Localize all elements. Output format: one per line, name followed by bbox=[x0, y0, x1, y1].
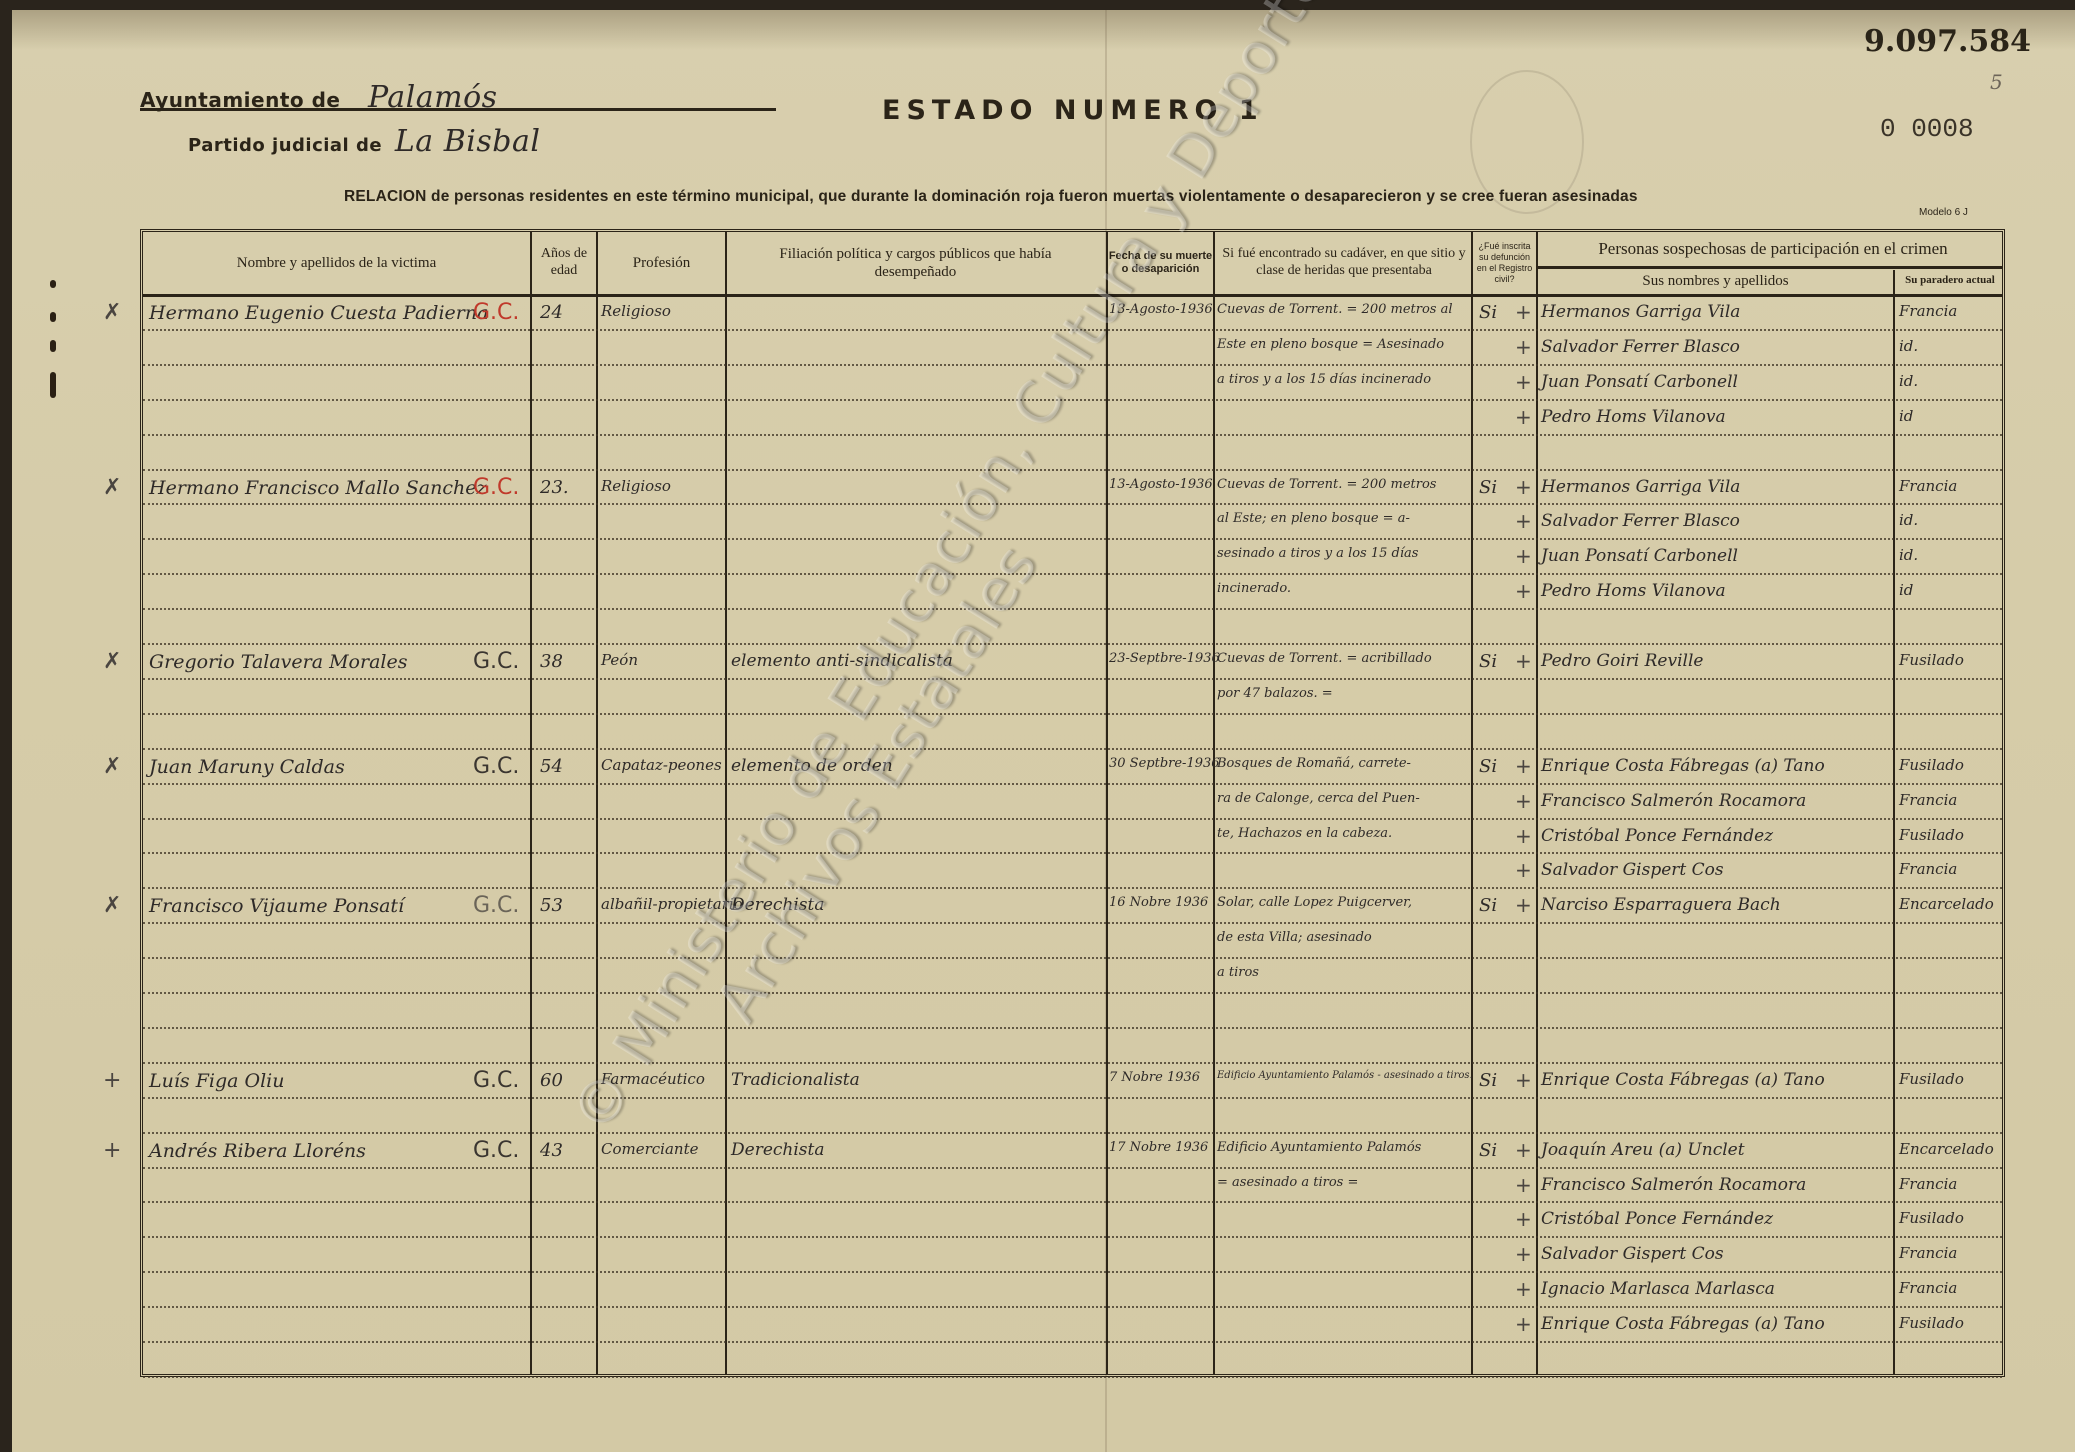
cross-icon: + bbox=[1515, 1312, 1532, 1336]
cross-icon: + bbox=[1515, 544, 1532, 568]
ruled-line bbox=[143, 364, 2002, 366]
suspect-name: Hermanos Garriga Vila bbox=[1541, 302, 1740, 322]
gc-tag: G.C. bbox=[473, 893, 519, 918]
body-found-detail: = asesinado a tiros = bbox=[1217, 1175, 1358, 1190]
victim-profession: Religioso bbox=[601, 302, 671, 320]
ruled-line bbox=[143, 1097, 2002, 1099]
cross-mark: ✗ bbox=[103, 475, 121, 500]
col-header-fecha: Fecha de su muerte o desaparición bbox=[1108, 232, 1213, 294]
body-found-detail: te, Hachazos en la cabeza. bbox=[1217, 826, 1392, 841]
cross-mark: + bbox=[103, 1068, 121, 1093]
political-affiliation: elemento de orden bbox=[731, 756, 893, 776]
suspect-whereabouts: Francia bbox=[1899, 791, 1957, 809]
suspect-name: Juan Ponsatí Carbonell bbox=[1541, 372, 1738, 392]
gc-tag: G.C. bbox=[473, 1068, 519, 1093]
victim-profession: Religioso bbox=[601, 477, 671, 495]
ruled-line bbox=[143, 573, 2002, 575]
cross-icon: + bbox=[1515, 370, 1532, 394]
victim-profession: Peón bbox=[601, 651, 638, 669]
suspect-whereabouts: Fusilado bbox=[1899, 826, 1964, 844]
header-rule bbox=[140, 108, 776, 111]
pencil-annotation: 5 bbox=[1990, 70, 2003, 94]
ruled-line bbox=[143, 538, 2002, 540]
body-found-detail: sesinado a tiros y a los 15 días bbox=[1217, 546, 1418, 561]
punch-hole bbox=[50, 340, 56, 352]
suspect-whereabouts: id bbox=[1899, 581, 1913, 599]
ruled-line bbox=[143, 957, 2002, 959]
victim-age: 53 bbox=[540, 895, 563, 916]
suspect-name: Cristóbal Ponce Fernández bbox=[1541, 1209, 1773, 1229]
ruled-line bbox=[143, 992, 2002, 994]
cross-icon: + bbox=[1515, 1242, 1532, 1266]
cross-icon: + bbox=[1515, 858, 1532, 882]
cross-icon: + bbox=[1515, 1138, 1532, 1162]
suspect-name: Narciso Esparraguera Bach bbox=[1541, 895, 1781, 915]
col-group-header-sospechosos: Personas sospechosas de participación en… bbox=[1538, 232, 2008, 266]
body-found-detail: Solar, calle Lopez Puigcerver, bbox=[1217, 895, 1412, 910]
political-affiliation: Derechista bbox=[731, 895, 824, 915]
cross-mark: + bbox=[103, 1138, 121, 1163]
death-date: 23-Septbre-1936 bbox=[1109, 651, 1220, 666]
suspect-name: Hermanos Garriga Vila bbox=[1541, 477, 1740, 497]
cross-mark: ✗ bbox=[103, 300, 121, 325]
body-found-detail: Edificio Ayuntamiento Palamós bbox=[1217, 1140, 1421, 1155]
body-found-detail: al Este; en pleno bosque = a- bbox=[1217, 511, 1410, 526]
gc-tag: G.C. bbox=[473, 300, 519, 325]
col-header-registro: ¿Fué inscrita su defunción en el Registr… bbox=[1473, 232, 1536, 294]
suspect-whereabouts: Fusilado bbox=[1899, 1314, 1964, 1332]
civil-registry-answer: Si bbox=[1479, 895, 1497, 916]
suspect-whereabouts: Encarcelado bbox=[1899, 895, 1994, 913]
suspect-whereabouts: Fusilado bbox=[1899, 1070, 1964, 1088]
cross-icon: + bbox=[1515, 824, 1532, 848]
ruled-line bbox=[143, 1376, 2002, 1378]
civil-registry-answer: Si bbox=[1479, 302, 1497, 323]
victim-age: 43 bbox=[540, 1140, 563, 1161]
suspect-whereabouts: Francia bbox=[1899, 302, 1957, 320]
ruled-line bbox=[143, 1236, 2002, 1238]
column-divider bbox=[1893, 270, 1895, 1374]
ruled-line bbox=[143, 1027, 2002, 1029]
relacion-description: RELACION de personas residentes en este … bbox=[344, 188, 1638, 206]
suspect-name: Enrique Costa Fábregas (a) Tano bbox=[1541, 1070, 1825, 1090]
cross-icon: + bbox=[1515, 509, 1532, 533]
suspect-name: Pedro Homs Vilanova bbox=[1541, 581, 1726, 601]
body-found-detail: a tiros bbox=[1217, 965, 1259, 980]
suspect-whereabouts: id. bbox=[1899, 372, 1918, 390]
cross-icon: + bbox=[1515, 300, 1532, 324]
suspect-whereabouts: Encarcelado bbox=[1899, 1140, 1994, 1158]
death-date: 17 Nobre 1936 bbox=[1109, 1140, 1208, 1155]
victim-profession: Capataz-peones bbox=[601, 756, 722, 774]
suspect-whereabouts: id. bbox=[1899, 546, 1918, 564]
cross-mark: ✗ bbox=[103, 754, 121, 779]
victim-name: Hermano Eugenio Cuesta Padierna bbox=[149, 302, 488, 324]
victims-table: Nombre y apellidos de la victima Años de… bbox=[140, 229, 2005, 1377]
victim-age: 38 bbox=[540, 651, 563, 672]
suspect-whereabouts: id. bbox=[1899, 511, 1918, 529]
cross-icon: + bbox=[1515, 1277, 1532, 1301]
ruled-line bbox=[143, 469, 2002, 471]
ruled-line bbox=[143, 329, 2002, 331]
body-found-detail: Bosques de Romañá, carrete- bbox=[1217, 756, 1411, 771]
ruled-line bbox=[143, 852, 2002, 854]
cross-icon: + bbox=[1515, 789, 1532, 813]
civil-registry-answer: Si bbox=[1479, 651, 1497, 672]
ruled-line bbox=[143, 922, 2002, 924]
col-header-paradero: Su paradero actual bbox=[1895, 268, 2005, 294]
body-found-detail: Edificio Ayuntamiento Palamós - asesinad… bbox=[1217, 1070, 1473, 1081]
cross-icon: + bbox=[1515, 335, 1532, 359]
victim-age: 23. bbox=[540, 477, 569, 498]
ruled-line bbox=[143, 887, 2002, 889]
cross-icon: + bbox=[1515, 475, 1532, 499]
body-found-detail: Cuevas de Torrent. = 200 metros bbox=[1217, 477, 1436, 492]
suspect-name: Pedro Homs Vilanova bbox=[1541, 407, 1726, 427]
suspect-name: Cristóbal Ponce Fernández bbox=[1541, 826, 1773, 846]
death-date: 13-Agosto-1936 bbox=[1109, 302, 1213, 317]
partido-label: Partido judicial de bbox=[188, 135, 382, 156]
col-header-sospechosos-nombres: Sus nombres y apellidos bbox=[1538, 268, 1893, 294]
victim-profession: albañil-propietario bbox=[601, 895, 743, 913]
civil-registry-answer: Si bbox=[1479, 1070, 1497, 1091]
cross-icon: + bbox=[1515, 1173, 1532, 1197]
suspect-name: Pedro Goiri Reville bbox=[1541, 651, 1703, 671]
cross-mark: ✗ bbox=[103, 649, 121, 674]
gc-tag: G.C. bbox=[473, 475, 519, 500]
suspect-name: Enrique Costa Fábregas (a) Tano bbox=[1541, 1314, 1825, 1334]
cross-icon: + bbox=[1515, 1207, 1532, 1231]
death-date: 16 Nobre 1936 bbox=[1109, 895, 1208, 910]
suspect-whereabouts: Francia bbox=[1899, 1244, 1957, 1262]
gc-tag: G.C. bbox=[473, 754, 519, 779]
gc-tag: G.C. bbox=[473, 649, 519, 674]
body-found-detail: Este en pleno bosque = Asesinado bbox=[1217, 337, 1444, 352]
death-date: 7 Nobre 1936 bbox=[1109, 1070, 1200, 1085]
civil-registry-answer: Si bbox=[1479, 756, 1497, 777]
death-date: 13-Agosto-1936 bbox=[1109, 477, 1213, 492]
partido-value: La Bisbal bbox=[395, 124, 541, 159]
ruled-line bbox=[143, 643, 2002, 645]
body-found-detail: ra de Calonge, cerca del Puen- bbox=[1217, 791, 1420, 806]
body-found-detail: incinerado. bbox=[1217, 581, 1291, 596]
suspect-name: Salvador Ferrer Blasco bbox=[1541, 337, 1740, 357]
punch-hole bbox=[50, 312, 56, 322]
document-number: 9.097.584 bbox=[1864, 24, 2031, 59]
suspect-whereabouts: Francia bbox=[1899, 477, 1957, 495]
punch-hole bbox=[50, 372, 56, 398]
victim-name: Hermano Francisco Mallo Sanchez bbox=[149, 477, 487, 499]
ruled-line bbox=[143, 1132, 2002, 1134]
civil-registry-answer: Si bbox=[1479, 1140, 1497, 1161]
suspect-name: Salvador Gispert Cos bbox=[1541, 1244, 1724, 1264]
victim-name: Luís Figa Oliu bbox=[149, 1070, 284, 1092]
cross-icon: + bbox=[1515, 405, 1532, 429]
col-header-edad: Años de edad bbox=[532, 232, 596, 294]
suspect-name: Enrique Costa Fábregas (a) Tano bbox=[1541, 756, 1825, 776]
victim-name: Juan Maruny Caldas bbox=[149, 756, 345, 778]
political-affiliation: elemento anti-sindicalista bbox=[731, 651, 953, 671]
page-title: ESTADO NUMERO 1 bbox=[882, 95, 1264, 126]
ruled-line bbox=[143, 1271, 2002, 1273]
suspect-whereabouts: Francia bbox=[1899, 1279, 1957, 1297]
suspect-whereabouts: Fusilado bbox=[1899, 1209, 1964, 1227]
ruled-line bbox=[143, 713, 2002, 715]
cross-icon: + bbox=[1515, 649, 1532, 673]
ruled-line bbox=[143, 818, 2002, 820]
form-model: Modelo 6 J bbox=[1919, 207, 1968, 218]
suspect-whereabouts: Francia bbox=[1899, 860, 1957, 878]
suspect-name: Joaquín Areu (a) Unclet bbox=[1541, 1140, 1745, 1160]
ruled-line bbox=[143, 1167, 2002, 1169]
political-affiliation: Derechista bbox=[731, 1140, 824, 1160]
partido-row: Partido judicial de La Bisbal bbox=[188, 124, 540, 159]
body-found-detail: de esta Villa; asesinado bbox=[1217, 930, 1372, 945]
victim-age: 54 bbox=[540, 756, 563, 777]
cross-mark: ✗ bbox=[103, 893, 121, 918]
suspect-name: Francisco Salmerón Rocamora bbox=[1541, 791, 1806, 811]
col-header-filiacion: Filiación política y cargos públicos que… bbox=[743, 232, 1088, 294]
ruled-line bbox=[143, 678, 2002, 680]
body-found-detail: Cuevas de Torrent. = acribillado bbox=[1217, 651, 1432, 666]
death-date: 30 Septbre-1936 bbox=[1109, 756, 1220, 771]
ruled-line bbox=[143, 434, 2002, 436]
ruled-line bbox=[143, 1341, 2002, 1343]
stamp-number: 0 0008 bbox=[1880, 114, 1974, 144]
victim-age: 24 bbox=[540, 302, 563, 323]
suspect-name: Juan Ponsatí Carbonell bbox=[1541, 546, 1738, 566]
ruled-line bbox=[143, 503, 2002, 505]
victim-profession: Comerciante bbox=[601, 1140, 699, 1158]
ruled-line bbox=[143, 1062, 2002, 1064]
victim-name: Gregorio Talavera Morales bbox=[149, 651, 407, 673]
ruled-line bbox=[143, 748, 2002, 750]
victim-name: Francisco Vijaume Ponsatí bbox=[149, 895, 404, 917]
gc-tag: G.C. bbox=[473, 1138, 519, 1163]
body-found-detail: a tiros y a los 15 días incinerado bbox=[1217, 372, 1431, 387]
header-bottom-rule bbox=[143, 294, 2002, 297]
cross-icon: + bbox=[1515, 893, 1532, 917]
suspect-name: Ignacio Marlasca Marlasca bbox=[1541, 1279, 1775, 1299]
victim-name: Andrés Ribera Lloréns bbox=[149, 1140, 366, 1162]
ruled-line bbox=[143, 399, 2002, 401]
suspect-name: Salvador Ferrer Blasco bbox=[1541, 511, 1740, 531]
body-found-detail: por 47 balazos. = bbox=[1217, 686, 1333, 701]
suspect-whereabouts: Francia bbox=[1899, 1175, 1957, 1193]
suspect-name: Francisco Salmerón Rocamora bbox=[1541, 1175, 1806, 1195]
victim-profession: Farmacéutico bbox=[601, 1070, 705, 1088]
political-affiliation: Tradicionalista bbox=[731, 1070, 860, 1090]
col-header-cadaver: Si fué encontrado su cadáver, en que sit… bbox=[1217, 232, 1471, 294]
col-header-profesion: Profesión bbox=[598, 232, 725, 294]
ruled-line bbox=[143, 1201, 2002, 1203]
suspect-whereabouts: Fusilado bbox=[1899, 651, 1964, 669]
cross-icon: + bbox=[1515, 754, 1532, 778]
civil-registry-answer: Si bbox=[1479, 477, 1497, 498]
ruled-line bbox=[143, 608, 2002, 610]
suspect-name: Salvador Gispert Cos bbox=[1541, 860, 1724, 880]
punch-hole bbox=[50, 280, 56, 288]
suspect-whereabouts: Fusilado bbox=[1899, 756, 1964, 774]
ruled-line bbox=[143, 1306, 2002, 1308]
suspect-whereabouts: id bbox=[1899, 407, 1913, 425]
col-header-nombre: Nombre y apellidos de la victima bbox=[143, 232, 530, 294]
cross-icon: + bbox=[1515, 1068, 1532, 1092]
cross-icon: + bbox=[1515, 579, 1532, 603]
ruled-line bbox=[143, 783, 2002, 785]
suspect-whereabouts: id. bbox=[1899, 337, 1918, 355]
victim-age: 60 bbox=[540, 1070, 563, 1091]
body-found-detail: Cuevas de Torrent. = 200 metros al bbox=[1217, 302, 1453, 317]
